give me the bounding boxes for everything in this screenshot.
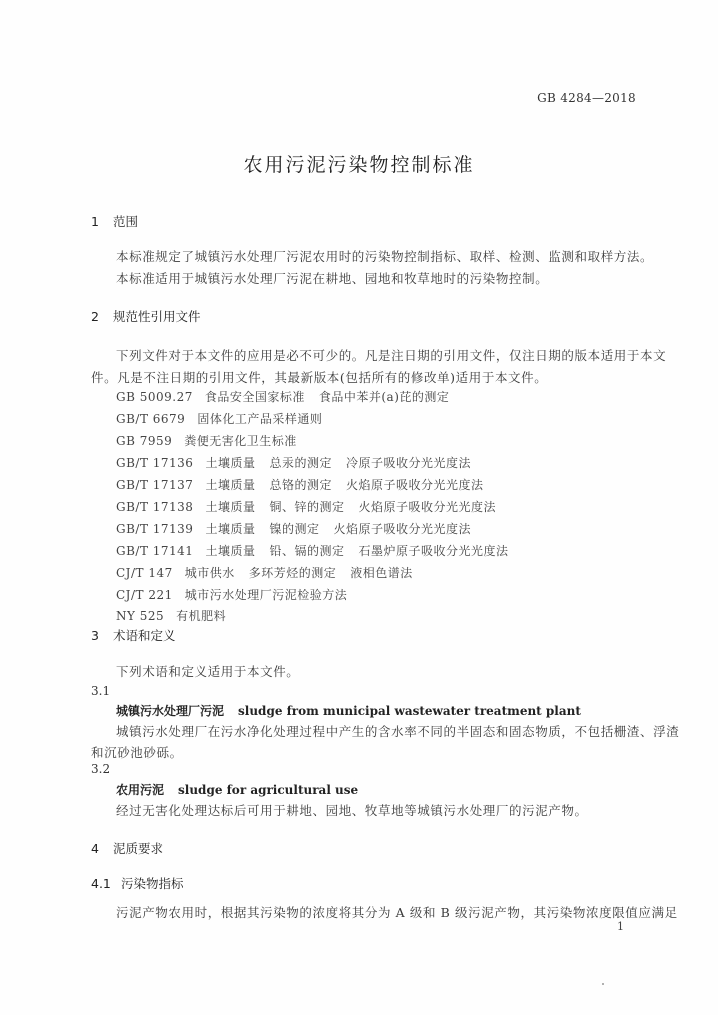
reference-code: GB/T 17136 <box>116 456 193 470</box>
reference-title-part: 城市供水 <box>185 564 235 581</box>
section-title: 范围 <box>113 214 138 229</box>
section-title: 污染物指标 <box>121 876 184 891</box>
reference-title-part: 冷原子吸收分光光度法 <box>346 454 471 471</box>
term-title: 城镇污水处理厂污泥sludge from municipal wastewate… <box>116 702 581 719</box>
reference-code: GB/T 17139 <box>116 522 193 536</box>
section-title: 规范性引用文件 <box>113 309 201 324</box>
section-title: 术语和定义 <box>113 628 176 643</box>
term-title: 农用污泥sludge for agricultural use <box>116 781 358 798</box>
section-2-heading: 2规范性引用文件 <box>91 307 201 325</box>
reference-code: GB/T 17141 <box>116 544 193 558</box>
reference-code: GB/T 17137 <box>116 478 193 492</box>
reference-title-part: 食品安全国家标准 <box>205 388 305 405</box>
scan-speck <box>602 983 604 985</box>
reference-title-part: 城市污水处理厂污泥检验方法 <box>185 586 348 603</box>
reference-item: GB/T 6679固体化工产品采样通则 <box>116 410 336 427</box>
reference-title-part: 镍的测定 <box>269 520 319 537</box>
reference-item: GB/T 17138土壤质量铜、锌的测定火焰原子吸收分光光度法 <box>116 498 510 515</box>
reference-title-part: 总铬的测定 <box>269 476 332 493</box>
reference-title-part: 土壤质量 <box>205 498 255 515</box>
reference-code: GB/T 17138 <box>116 500 193 514</box>
reference-title-part: 石墨炉原子吸收分光光度法 <box>358 542 508 559</box>
page-number: 1 <box>617 920 624 933</box>
reference-title-part: 火焰原子吸收分光光度法 <box>333 520 471 537</box>
section-1-heading: 1范围 <box>91 212 138 230</box>
term-number: 3.2 <box>91 762 110 776</box>
reference-item: GB/T 17137土壤质量总铬的测定火焰原子吸收分光光度法 <box>116 476 498 493</box>
reference-item: NY 525有机肥料 <box>116 607 240 624</box>
section-number: 1 <box>91 214 113 229</box>
section-number: 3 <box>91 628 113 643</box>
reference-title-part: 粪便无害化卫生标准 <box>184 432 297 449</box>
reference-title-part: 多环芳烃的测定 <box>249 564 337 581</box>
reference-title-part: 有机肥料 <box>176 607 226 624</box>
reference-item: GB/T 17141土壤质量铅、镉的测定石墨炉原子吸收分光光度法 <box>116 542 523 559</box>
section-number: 4.1 <box>91 876 121 891</box>
references-intro-line-1: 下列文件对于本文件的应用是必不可少的。凡是注日期的引用文件，仅注日期的版本适用于… <box>116 346 666 364</box>
reference-title-part: 土壤质量 <box>205 542 255 559</box>
reference-item: GB/T 17139土壤质量镍的测定火焰原子吸收分光光度法 <box>116 520 485 537</box>
terms-intro: 下列术语和定义适用于本文件。 <box>116 662 299 680</box>
section-title: 泥质要求 <box>113 841 163 856</box>
term-en: sludge for agricultural use <box>178 783 358 797</box>
reference-title-part: 液相色谱法 <box>350 564 413 581</box>
reference-item: CJ/T 147城市供水多环芳烃的测定液相色谱法 <box>116 564 427 581</box>
references-intro-line-2: 件。凡是不注日期的引用文件，其最新版本(包括所有的修改单)适用于本文件。 <box>91 368 547 386</box>
reference-item: GB/T 17136土壤质量总汞的测定冷原子吸收分光光度法 <box>116 454 485 471</box>
reference-item: GB 5009.27食品安全国家标准食品中苯并(a)芘的测定 <box>116 388 463 405</box>
reference-title-part: 铜、锌的测定 <box>269 498 344 515</box>
section-number: 4 <box>91 841 113 856</box>
reference-code: CJ/T 147 <box>116 566 173 580</box>
reference-item: GB 7959粪便无害化卫生标准 <box>116 432 311 449</box>
reference-title-part: 食品中苯并(a)芘的测定 <box>319 388 450 405</box>
term-zh: 城镇污水处理厂污泥 <box>116 704 224 718</box>
scope-paragraph-2: 本标准适用于城镇污水处理厂污泥在耕地、园地和牧草地时的污染物控制。 <box>116 269 548 287</box>
reference-title-part: 火焰原子吸收分光光度法 <box>358 498 496 515</box>
reference-title-part: 铅、镉的测定 <box>269 542 344 559</box>
section-number: 2 <box>91 309 113 324</box>
section-3-heading: 3术语和定义 <box>91 626 176 644</box>
standard-code: GB 4284—2018 <box>537 91 636 105</box>
term-definition-line-1: 城镇污水处理厂在污水净化处理过程中产生的含水率不同的半固态和固态物质，不包括栅渣… <box>116 722 679 740</box>
reference-title-part: 火焰原子吸收分光光度法 <box>346 476 484 493</box>
scope-paragraph-1: 本标准规定了城镇污水处理厂污泥农用时的污染物控制指标、取样、检测、监测和取样方法… <box>116 247 653 265</box>
term-number: 3.1 <box>91 684 110 698</box>
reference-title-part: 土壤质量 <box>205 520 255 537</box>
section-4-heading: 4泥质要求 <box>91 839 163 857</box>
reference-title-part: 总汞的测定 <box>269 454 332 471</box>
pollutant-indicators-paragraph: 污泥产物农用时，根据其污染物的浓度将其分为 A 级和 B 级污泥产物，其污染物浓… <box>116 903 678 921</box>
subsection-4-1-heading: 4.1污染物指标 <box>91 874 184 892</box>
document-page: GB 4284—2018 农用污泥污染物控制标准 1范围 本标准规定了城镇污水处… <box>0 0 718 1015</box>
term-en: sludge from municipal wastewater treatme… <box>238 704 581 718</box>
reference-code: NY 525 <box>116 609 164 623</box>
reference-title-part: 土壤质量 <box>205 476 255 493</box>
reference-code: CJ/T 221 <box>116 588 173 602</box>
term-definition-line-2: 和沉砂池砂砾。 <box>91 743 183 761</box>
reference-title-part: 固体化工产品采样通则 <box>197 410 322 427</box>
term-zh: 农用污泥 <box>116 783 164 797</box>
document-title: 农用污泥污染物控制标准 <box>0 150 718 177</box>
reference-code: GB/T 6679 <box>116 412 185 426</box>
reference-title-part: 土壤质量 <box>205 454 255 471</box>
reference-code: GB 5009.27 <box>116 390 193 404</box>
reference-code: GB 7959 <box>116 434 172 448</box>
reference-item: CJ/T 221城市污水处理厂污泥检验方法 <box>116 586 361 603</box>
term-definition-line-1: 经过无害化处理达标后可用于耕地、园地、牧草地等城镇污水处理厂的污泥产物。 <box>116 801 588 819</box>
